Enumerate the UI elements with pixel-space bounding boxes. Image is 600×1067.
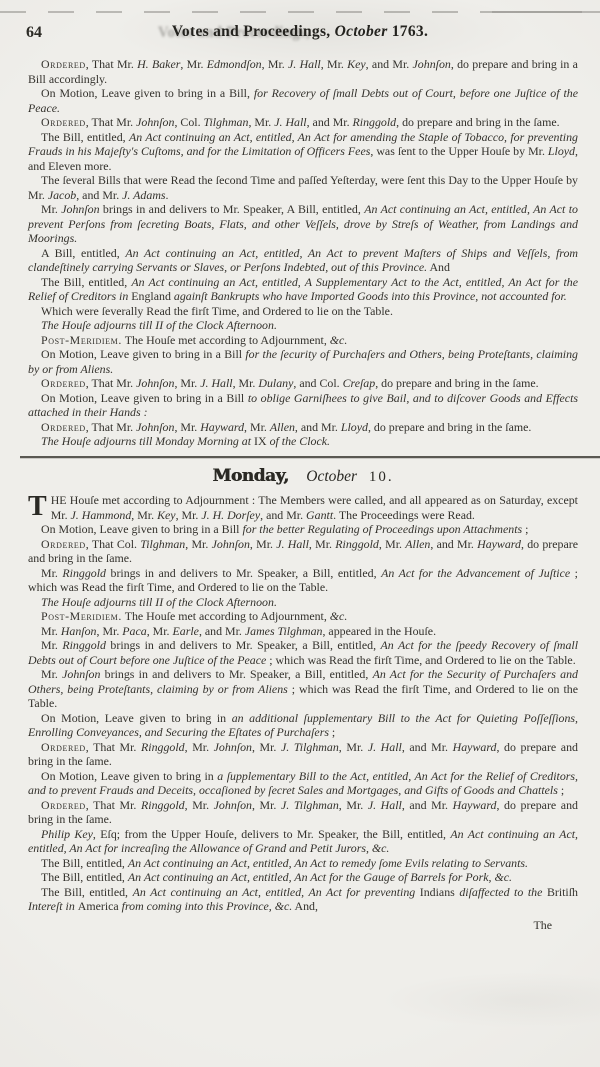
paragraph: Ordered, That Mr. Johnſon, Mr. J. Hall, … <box>28 376 578 391</box>
paragraph: On Motion, Leave given to bring in an ad… <box>28 711 578 740</box>
catchword: The <box>28 918 552 933</box>
paragraph: THE Houſe met according to Adjournment :… <box>28 493 578 522</box>
paragraph: Which were ſeverally Read the firſt Time… <box>28 304 578 319</box>
paragraph: Ordered, That Mr. Johnſon, Mr. Hayward, … <box>28 420 578 435</box>
paragraph: On Motion, Leave given to bring in a Bil… <box>28 86 578 115</box>
document-page: 64 Votes and Proceedings, Votes and Proc… <box>0 0 600 1067</box>
running-title: Votes and Proceedings, Votes and Proceed… <box>0 25 600 40</box>
paragraph: Philip Key, Eſq; from the Upper Houſe, d… <box>28 827 578 856</box>
paragraph: Mr. Johnſon brings in and delivers to Mr… <box>28 202 578 246</box>
paragraph: Ordered, That Mr. Ringgold, Mr. Johnſon,… <box>28 740 578 769</box>
paragraph: The Bill, entitled, An Act continuing an… <box>28 885 578 914</box>
drop-cap: T <box>28 493 51 520</box>
paragraph: Post-Meridiem. The Houſe met according t… <box>28 609 578 624</box>
paragraph: Mr. Ringgold brings in and delivers to M… <box>28 566 578 595</box>
paragraph: The Bill, entitled, An Act continuing an… <box>28 275 578 304</box>
day-heading: Monday, October 10. <box>28 469 578 485</box>
section-monday-proceedings: THE Houſe met according to Adjournment :… <box>28 493 578 914</box>
paragraph: Post-Meridiem. The Houſe met according t… <box>28 333 578 348</box>
day-heading-day: Monday, <box>212 466 288 486</box>
scan-artifact-top <box>0 11 600 13</box>
paragraph: The Houſe adjourns till II of the Clock … <box>28 595 578 610</box>
day-heading-month: October <box>306 468 357 485</box>
paragraph: The Bill, entitled, An Act continuing an… <box>28 870 578 885</box>
paragraph: The Bill, entitled, An Act continuing an… <box>28 130 578 174</box>
paragraph: The Houſe adjourns till Monday Morning a… <box>28 434 578 449</box>
paragraph: The Bill, entitled, An Act continuing an… <box>28 856 578 871</box>
paragraph: On Motion, Leave given to bring in a Bil… <box>28 391 578 420</box>
paragraph: Mr. Ringgold brings in and delivers to M… <box>28 638 578 667</box>
paragraph: Mr. Johnſon brings in and delivers to Mr… <box>28 667 578 711</box>
running-title-year: 1763. <box>392 23 428 40</box>
text-block: Ordered, That Mr. H. Baker, Mr. Edmondſo… <box>28 57 578 932</box>
paragraph: The Houſe adjourns till II of the Clock … <box>28 318 578 333</box>
paragraph: Ordered, That Mr. Ringgold, Mr. Johnſon,… <box>28 798 578 827</box>
running-title-month: October <box>335 23 388 40</box>
paragraph: Ordered, That Mr. H. Baker, Mr. Edmondſo… <box>28 57 578 86</box>
paragraph: Mr. Hanſon, Mr. Paca, Mr. Earle, and Mr.… <box>28 624 578 639</box>
section-divider-rule <box>20 456 600 458</box>
paragraph: The ſeveral Bills that were Read the ſec… <box>28 173 578 202</box>
section-saturday-proceedings: Ordered, That Mr. H. Baker, Mr. Edmondſo… <box>28 57 578 449</box>
running-title-main: Votes and Proceedings, <box>172 23 331 40</box>
paragraph: On Motion, Leave given to bring in a Bil… <box>28 347 578 376</box>
paragraph: Ordered, That Col. Tilghman, Mr. Johnſon… <box>28 537 578 566</box>
paragraph: On Motion, Leave given to bring in a Bil… <box>28 522 578 537</box>
day-heading-date: 10. <box>369 469 394 485</box>
paragraph: On Motion, Leave given to bring in a ſup… <box>28 769 578 798</box>
paragraph: Ordered, That Mr. Johnſon, Col. Tilghman… <box>28 115 578 130</box>
paragraph: A Bill, entitled, An Act continuing an A… <box>28 246 578 275</box>
